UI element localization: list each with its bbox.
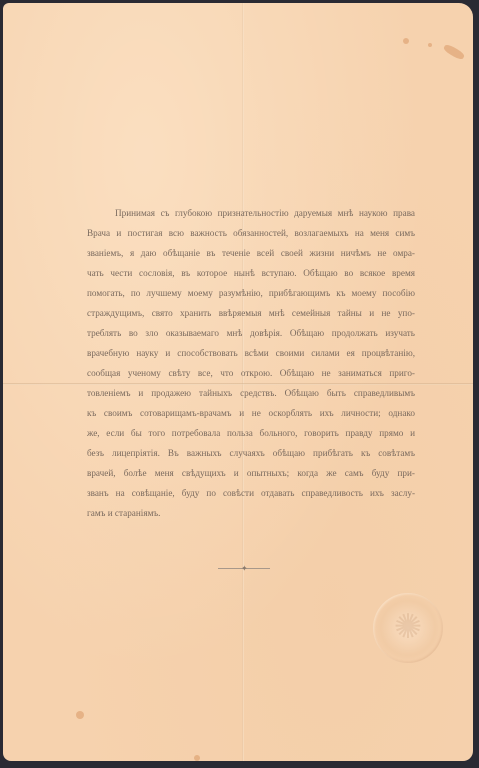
text-line: гамъ и стараніямъ. bbox=[87, 503, 415, 523]
stain-mark bbox=[428, 43, 432, 47]
text-line: званъ на совѣщаніе, буду по совѣсти отда… bbox=[87, 483, 415, 503]
text-line: врачебную науку и способствовать всѣми с… bbox=[87, 343, 415, 363]
text-line: врачей, болѣе меня свѣдущихъ и опытныхъ;… bbox=[87, 463, 415, 483]
text-line: чать чести сословія, въ которое нынѣ вст… bbox=[87, 263, 415, 283]
text-line: сообщая ученому свѣту все, что открою. О… bbox=[87, 363, 415, 383]
embossed-seal: ✺ bbox=[373, 593, 443, 663]
stain-mark bbox=[403, 38, 409, 44]
text-line: помогать, по лучшему моему разумѣнію, пр… bbox=[87, 283, 415, 303]
text-line: Принимая съ глубокою признательностію да… bbox=[87, 203, 415, 223]
text-line: Врача и постигая всю важность обязанност… bbox=[87, 223, 415, 243]
text-line: страждущимъ, свято хранить ввѣряемыя мнѣ… bbox=[87, 303, 415, 323]
eagle-seal-icon: ✺ bbox=[373, 593, 443, 663]
text-line: къ своимъ сотоварищамъ-врачамъ и не оско… bbox=[87, 403, 415, 423]
text-line: же, если бы того потребовала польза боль… bbox=[87, 423, 415, 443]
text-line: званіемъ, я даю обѣщаніе въ теченіе всей… bbox=[87, 243, 415, 263]
stain-mark bbox=[76, 711, 84, 719]
text-line: товленіемъ и продажею тайныхъ средствъ. … bbox=[87, 383, 415, 403]
text-line: безъ лицепріятія. Въ важныхъ случаяхъ об… bbox=[87, 443, 415, 463]
document-page: Принимая съ глубокою признательностію да… bbox=[3, 3, 473, 761]
divider-ornament-icon: ✦ bbox=[241, 564, 248, 573]
text-line: треблять во зло оказываемаго мнѣ довѣрія… bbox=[87, 323, 415, 343]
oath-text: Принимая съ глубокою признательностію да… bbox=[87, 203, 415, 523]
stain-mark bbox=[194, 755, 200, 761]
stain-mark bbox=[442, 43, 465, 61]
